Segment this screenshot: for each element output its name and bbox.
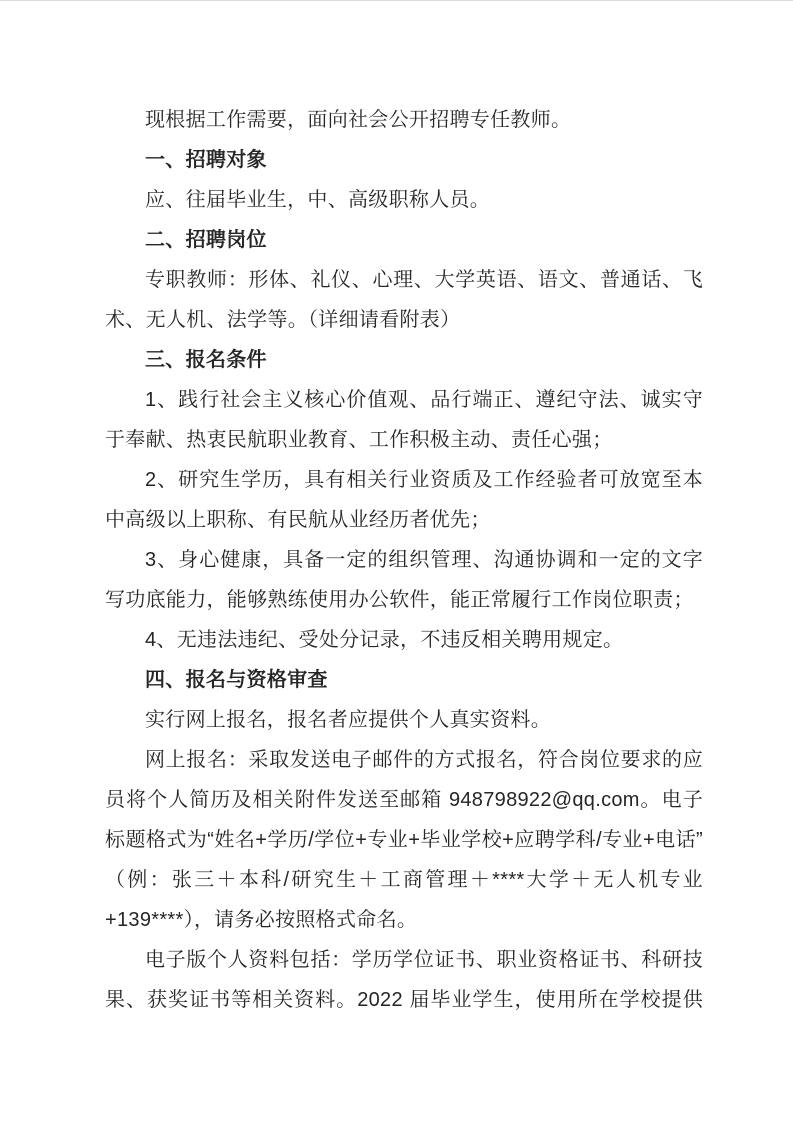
section-heading-2: 二、招聘岗位	[105, 220, 703, 260]
condition-item-4-line: 4、无违法违纪、受处分记录，不违反相关聘用规定。	[105, 620, 703, 660]
condition-item-2-line: 2、研究生学历，具有相关行业资质及工作经验者可放宽至本科学历，	[105, 460, 703, 500]
condition-item-3-line: 3、身心健康，具备一定的组织管理、沟通协调和一定的文字材料撰	[105, 540, 703, 580]
condition-item-2-line: 中高级以上职称、有民航从业经历者优先；	[105, 500, 703, 540]
section-heading-3: 三、报名条件	[105, 340, 703, 380]
email-title-format-line: 标题格式为“姓名+学历/学位+专业+毕业学校+应聘学科/专业+电话”	[105, 820, 703, 860]
paragraph-line: 术、无人机、法学等。（详细请看附表）	[105, 300, 703, 340]
online-apply-email-line: 员将个人简历及相关附件发送至邮箱 948798922@qq.com。电子邮件	[105, 780, 703, 820]
paragraph-line: 实行网上报名，报名者应提供个人真实资料。	[105, 700, 703, 740]
materials-paragraph-line: 果、获奖证书等相关资料。2022 届毕业学生，使用所在学校提供的在	[105, 980, 703, 1020]
materials-paragraph-line: 电子版个人资料包括：学历学位证书、职业资格证书、科研技术成	[105, 940, 703, 980]
online-apply-line: 网上报名：采取发送电子邮件的方式报名，符合岗位要求的应聘人	[105, 740, 703, 780]
condition-item-3-line: 写功底能力，能够熟练使用办公软件，能正常履行工作岗位职责；	[105, 580, 703, 620]
section-heading-1: 一、招聘对象	[105, 140, 703, 180]
paragraph-line: 应、往届毕业生，中、高级职称人员。	[105, 180, 703, 220]
condition-item-1-line: 1、践行社会主义核心价值观、品行端正、遵纪守法、诚实守信、乐	[105, 380, 703, 420]
paragraph-line: 专职教师：形体、礼仪、心理、大学英语、语文、普通话、飞行技	[105, 260, 703, 300]
email-title-example-line: （例：张三＋本科/研究生＋工商管理＋****大学＋无人机专业	[105, 860, 703, 900]
intro-paragraph-line: 现根据工作需要，面向社会公开招聘专任教师。	[105, 100, 703, 140]
condition-item-1-line: 于奉献、热衷民航职业教育、工作积极主动、责任心强；	[105, 420, 703, 460]
document-page: 现根据工作需要，面向社会公开招聘专任教师。 一、招聘对象 应、往届毕业生，中、高…	[0, 0, 793, 1122]
email-title-example-line: +139****），请务必按照格式命名。	[105, 900, 703, 940]
section-heading-4: 四、报名与资格审查	[105, 660, 703, 700]
